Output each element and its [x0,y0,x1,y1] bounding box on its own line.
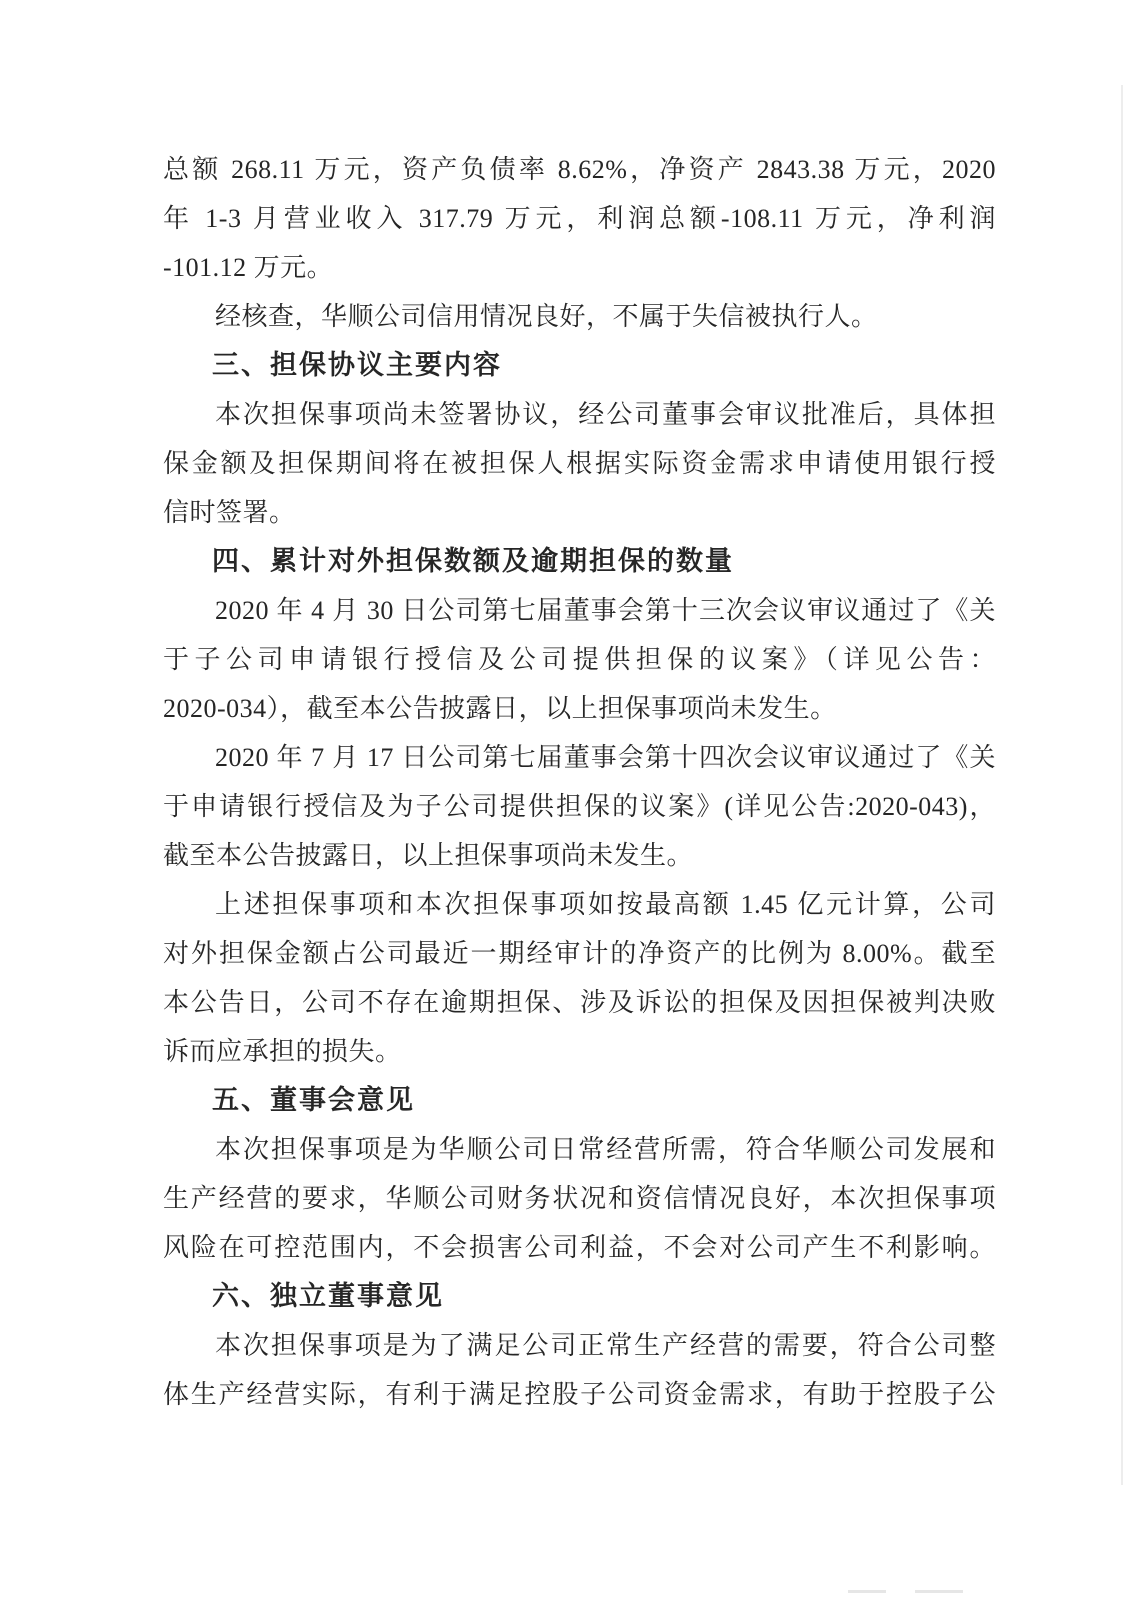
body-line-independent-opinion-2: 体生产经营实际，有利于满足控股子公司资金需求，有助于控股子公 [163,1370,996,1419]
body-line-board-opinion-1: 本次担保事项是为华顺公司日常经营所需，符合华顺公司发展和 [163,1125,996,1174]
body-line-agreement-1: 本次担保事项尚未签署协议，经公司董事会审议批准后，具体担 [163,390,996,439]
document-body: 总额 268.11 万元，资产负债率 8.62%，净资产 2843.38 万元，… [163,145,996,1419]
scan-edge-artifact [1121,85,1123,1485]
body-line-financials-1: 总额 268.11 万元，资产负债率 8.62%，净资产 2843.38 万元，… [163,145,996,194]
body-line-credit-check: 经核查，华顺公司信用情况良好，不属于失信被执行人。 [163,292,996,341]
body-line-meeting-14th-2: 于申请银行授信及为子公司提供担保的议案》(详见公告:2020-043)， [163,782,996,831]
body-line-meeting-13th-2: 于子公司申请银行授信及公司提供担保的议案》（详见公告： [163,635,996,684]
body-line-guarantee-ratio-2: 对外担保金额占公司最近一期经审计的净资产的比例为 8.00%。截至 [163,929,996,978]
body-line-financials-3: -101.12 万元。 [163,243,996,292]
body-line-meeting-14th-3: 截至本公告披露日，以上担保事项尚未发生。 [163,831,996,880]
heading-board-opinion: 五、董事会意见 [163,1076,996,1125]
body-line-independent-opinion-1: 本次担保事项是为了满足公司正常生产经营的需要，符合公司整 [163,1321,996,1370]
body-line-agreement-2: 保金额及担保期间将在被担保人根据实际资金需求申请使用银行授 [163,439,996,488]
heading-guarantee-agreement-content: 三、担保协议主要内容 [163,341,996,390]
body-line-meeting-13th-3: 2020-034），截至本公告披露日，以上担保事项尚未发生。 [163,684,996,733]
body-line-meeting-14th-1: 2020 年 7 月 17 日公司第七届董事会第十四次会议审议通过了《关 [163,733,996,782]
body-line-board-opinion-2: 生产经营的要求，华顺公司财务状况和资信情况良好，本次担保事项 [163,1174,996,1223]
body-line-board-opinion-3: 风险在可控范围内，不会损害公司利益，不会对公司产生不利影响。 [163,1223,996,1272]
body-line-financials-2: 年 1-3 月营业收入 317.79 万元，利润总额-108.11 万元，净利润 [163,194,996,243]
body-line-meeting-13th-1: 2020 年 4 月 30 日公司第七届董事会第十三次会议审议通过了《关 [163,586,996,635]
body-line-guarantee-ratio-4: 诉而应承担的损失。 [163,1027,996,1076]
scan-smudge-artifact-2 [915,1590,963,1593]
heading-cumulative-external-guarantees: 四、累计对外担保数额及逾期担保的数量 [163,537,996,586]
body-line-guarantee-ratio-1: 上述担保事项和本次担保事项如按最高额 1.45 亿元计算，公司 [163,880,996,929]
heading-independent-director-opinion: 六、独立董事意见 [163,1272,996,1321]
scan-smudge-artifact-1 [848,1590,886,1593]
body-line-guarantee-ratio-3: 本公告日，公司不存在逾期担保、涉及诉讼的担保及因担保被判决败 [163,978,996,1027]
body-line-agreement-3: 信时签署。 [163,488,996,537]
document-page: 总额 268.11 万元，资产负债率 8.62%，净资产 2843.38 万元，… [0,0,1131,1600]
